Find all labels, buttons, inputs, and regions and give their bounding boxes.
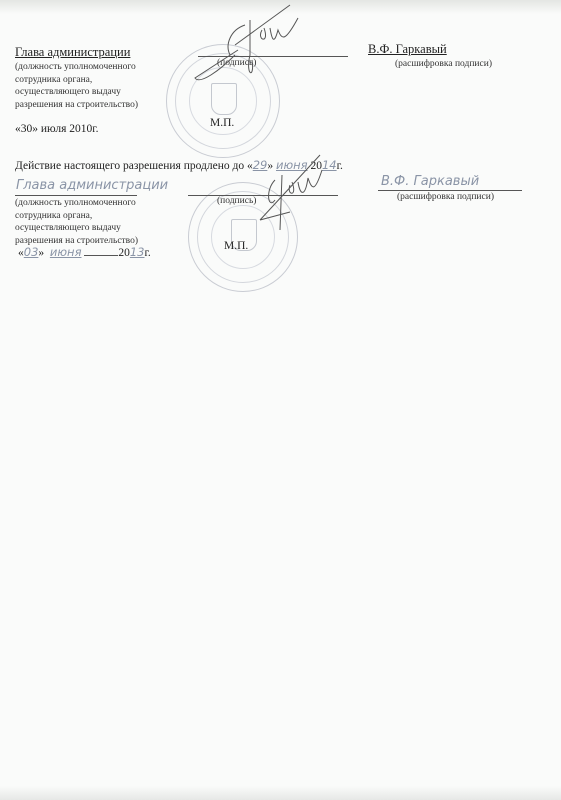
extension-date: «03» июня 2013г.: [18, 245, 151, 259]
caption-line: осуществляющего выдачу: [15, 222, 138, 235]
caption-line: (должность уполномоченного: [15, 197, 138, 210]
scan-bottom-shadow: [0, 786, 561, 800]
position-handwritten: Глава администрации: [16, 178, 168, 193]
date-year: 13: [130, 245, 145, 259]
date-day: 03: [24, 245, 39, 259]
issue-date: «30» июля 2010г.: [15, 123, 99, 135]
year-end: г.: [145, 247, 151, 259]
caption-line: разрешения на строительство): [15, 99, 138, 112]
quote: »: [38, 247, 44, 259]
caption-line: осуществляющего выдачу: [15, 86, 138, 99]
caption-line: сотрудника органа,: [15, 74, 138, 87]
signature: [220, 150, 360, 260]
caption-line: (должность уполномоченного: [15, 61, 138, 74]
signature: [190, 0, 340, 100]
position-caption: (должность уполномоченного сотрудника ор…: [15, 61, 138, 111]
position-title: Глава администрации: [15, 45, 130, 60]
name-caption: (расшифровка подписи): [397, 191, 494, 204]
signer-name-handwritten: В.Ф. Гаркавый: [381, 174, 479, 189]
name-caption: (расшифровка подписи): [395, 58, 492, 71]
year-prefix: 20: [118, 247, 130, 259]
position-caption: (должность уполномоченного сотрудника ор…: [15, 197, 138, 247]
signer-name: В.Ф. Гаркавый: [368, 42, 447, 57]
date-month: июня: [50, 245, 82, 259]
stamp-label: М.П.: [210, 117, 234, 129]
extension-prefix: Действие настоящего разрешения продлено …: [15, 160, 253, 172]
position-line: [15, 195, 137, 196]
caption-line: сотрудника органа,: [15, 210, 138, 223]
